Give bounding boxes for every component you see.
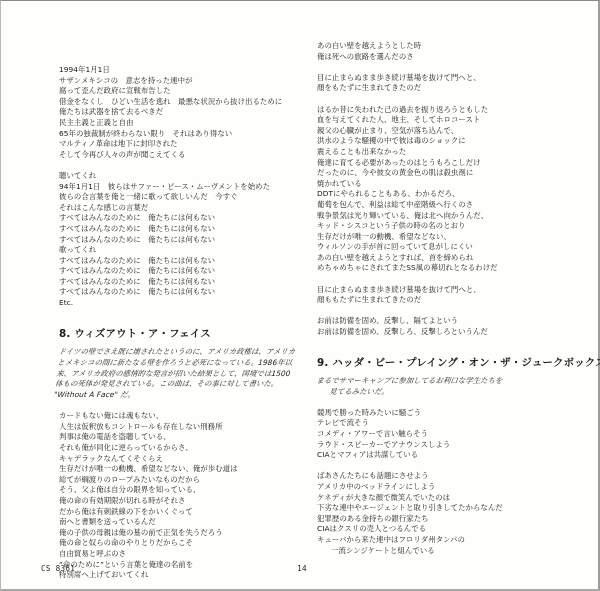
lyric-line: 生存だけが唯一の動機、希望などない、俺が歩む道は — [59, 464, 304, 475]
lyric-line: 俺達に育てる必要があったのはとうもろこしだけ — [317, 158, 587, 169]
section-gap — [317, 338, 587, 354]
lyric-line: コメディ・アワーで言い触らそう — [317, 429, 587, 440]
lyric-line: ケネディが大きな顔で微笑んでいたのは — [317, 493, 587, 504]
lyric-line: 民主主義と正義と自由 — [59, 118, 304, 129]
intro-line: 体もの死体が発見されている。この曲は、その事に対して書いた。 — [54, 379, 299, 390]
song-8-stanza-4: 目に止まらぬまま歩き続け墓場を抜けて門へと、 顔ももたずに生まれてきたのだ — [317, 285, 587, 306]
lyric-line: めちゃめちゃにされてまたSS風の幕切れとなるわけだ — [317, 263, 587, 274]
lyric-line: テレビで流そう — [317, 418, 587, 429]
song-9-intro: まるでサマーキャンプに参加してるお利口な学生たちを 見てるみたいだ。 — [315, 376, 561, 398]
lyric-line: 生存だけが唯一の動機、希望などない、 — [317, 232, 587, 243]
left-column: 1994年1月1日 サザンメキシコの 意志を持った連中が 腐って歪んだ政府に宣戦… — [59, 65, 304, 581]
lyric-line: 94年1月1日 彼らはサファー・ピース・ムーヴメントを始めた — [59, 182, 304, 193]
song-8-intro: ドイツの壁でさえ既に壊されたというのに、アメリカ政権は、アメリカ とメキシコの間… — [53, 347, 303, 401]
lyric-line: 彼らの合言葉を俺と一緒に歌って欲しいんだ 今すぐ — [59, 192, 304, 203]
lyric-line: 目に止まらぬまま歩き続け墓場を抜けて門へと、 — [317, 73, 587, 84]
stanza-gap — [317, 397, 587, 408]
stanza-gap — [59, 401, 304, 412]
lyric-line: マルティノ革命は地下に封印された — [59, 139, 304, 150]
stanza-gap — [317, 461, 587, 472]
lyric-line: 聴いてくれ — [59, 171, 304, 182]
lyric-line: DDTにやられることもある、わかるだろ、 — [317, 189, 587, 200]
lyric-line: 戦争景気は光り輝いている、俺は北へ向かうんだ、 — [317, 211, 587, 222]
song-title-8: 8. ウィズアウト・ア・フェイス — [59, 327, 304, 341]
lyric-line: 俺の命の有効期限が切れる時がそれさ — [59, 496, 304, 507]
lyric-line: CIAとマフィアは共謀している — [317, 450, 587, 461]
lyric-line: アメリカ中のベッドラインにしよう — [317, 482, 587, 493]
lyric-line: それはこんな感じの言葉だ — [59, 203, 304, 214]
lyric-line: すべてはみんなのために 俺たちには何もない — [59, 235, 304, 246]
lyric-line: 血を与えてくれた人、地主、そしてホロコースト — [317, 115, 587, 126]
lyric-line: 犯罪歴のある金持ちの銀行家たち — [317, 514, 587, 525]
right-column: あの白い壁を越えようとした時 俺は死への旅路を選んだのさ 目に止まらぬまま歩き続… — [317, 41, 587, 556]
lyric-line: ラウド・スピーカーでアナウンスしよう — [317, 440, 587, 451]
lyric-line: 俺の子供の母親は俺の墓の前で正気を失うだろう — [59, 528, 304, 539]
song-title-9: 9. ハッダ・ビー・プレイング・オン・ザ・ジュークボックス — [317, 356, 587, 370]
song-8-stanza-3: はるか昔に失われた己の過去を振り返ろうともした 血を与えてくれた人、地主、そして… — [317, 105, 587, 275]
lyric-line: 焼かれている — [317, 179, 587, 190]
lyric-line: サザンメキシコの 意志を持った連中が — [59, 76, 304, 87]
lyric-line: すべてはみんなのために 俺たちには何もない — [59, 277, 304, 288]
booklet-page: 1994年1月1日 サザンメキシコの 意志を持った連中が 腐って歪んだ政府に宣戦… — [0, 0, 600, 591]
lyric-line: CIAはクスリの売人とつるんでる — [317, 524, 587, 535]
intro-stanza: 1994年1月1日 サザンメキシコの 意志を持った連中が 腐って歪んだ政府に宣戦… — [59, 65, 304, 160]
stanza-gap — [317, 62, 587, 73]
lyric-line: すべてはみんなのために 俺たちには何もない — [59, 224, 304, 235]
lyric-line: 震えることも出来なかった — [317, 147, 587, 158]
intro-line: 来、アメリカ政府の感情的な発言が招いた結果として、国境では1500 — [56, 368, 301, 379]
song-8-lyrics: カードもない俺には魂もない、 人生は仮釈放もコントロールも存在しない刑務所 判事… — [59, 411, 304, 581]
intro-line: とメキシコの間に新たなる壁を作ろうと必死になっている。1986年以 — [57, 357, 302, 368]
lyric-line: 葡萄を包んで、利益は総て中産階級へ行くのさ — [317, 200, 587, 211]
section-gap — [59, 309, 304, 325]
lyric-line: 顔をもたずに生まれてきたのだ — [317, 83, 587, 94]
lyric-line: お前は防備を固め、反撃しろ、反撃しろというんだ — [317, 327, 587, 338]
lyric-line: 判事は俺の電話を盗聴している、 — [59, 432, 304, 443]
lyric-line: キューバから来た連中はフロリダ州タンパの — [317, 535, 587, 546]
lyric-line: はるか昔に失われた己の過去を振り返ろうともした — [317, 105, 587, 116]
lyric-line: 自由貿易と呼ぶのさ — [59, 549, 304, 560]
lyric-line: 競馬で勝った時みたいに騒ごう — [317, 408, 587, 419]
lyric-line: 一流シンジケートと組んでいる — [317, 546, 587, 557]
lyric-line: キッド・シスコという子供の時の名のとおり — [317, 221, 587, 232]
lyric-line: 俺たちは武器を捨て去るべきだ — [59, 107, 304, 118]
stanza-gap — [59, 160, 304, 171]
lyric-line: あの白い壁を越えようとした時 — [317, 41, 587, 52]
lyric-line: 俺の命と奴らの命のやりとりだからこそ — [59, 538, 304, 549]
lyric-line: そして今再び人々の声が聞こえてくる — [59, 150, 304, 161]
lyric-line: カードもない俺には魂もない、 — [59, 411, 304, 422]
song-8-stanza-1: あの白い壁を越えようとした時 俺は死への旅路を選んだのさ — [317, 41, 587, 62]
page-number: 14 — [297, 564, 307, 573]
lyric-line: お前は防備を固め、反撃し、隔てよという — [317, 316, 587, 327]
song-9-stanza-2: ばあさんたちにも話題にさせよう アメリカ中のベッドラインにしよう ケネディが大き… — [317, 471, 587, 556]
lyric-line: すべてはみんなのために 俺たちには何もない — [59, 287, 304, 298]
song-9-stanza-1: 競馬で勝った時みたいに騒ごう テレビで流そう コメディ・アワーで言い触らそう ラ… — [317, 408, 587, 461]
lyric-line: 人生は仮釈放もコントロールも存在しない刑務所 — [59, 422, 304, 433]
lyric-line: だったのに、今や彼女の黄金色の肌は殺虫剤に — [317, 168, 587, 179]
lyric-line: すべてはみんなのために 俺たちには何もない — [59, 213, 304, 224]
lyric-line: あの白い壁を越えようとすれば、首を締められ — [317, 253, 587, 264]
lyric-line: Etc. — [59, 298, 304, 309]
lyric-line: 1994年1月1日 — [59, 65, 304, 76]
lyric-line: 腐って歪んだ政府に宣戦布告した — [59, 86, 304, 97]
lyric-line: すべてはみんなのために 俺たちには何もない — [59, 266, 304, 277]
lyric-line: それも俺が同化に逆らっているからさ、 — [59, 443, 304, 454]
intro-line: 見てるみたいだ。 — [315, 386, 560, 397]
lyric-line: 歌ってくれ — [59, 245, 304, 256]
lyric-line: 65年の独裁制が終わらない限り それはあり得ない — [59, 129, 304, 140]
lyric-line: だから俺は有刺鉄線の下をかいくぐって — [59, 507, 304, 518]
stanza-gap — [317, 306, 587, 317]
catalog-number: CS 8361 — [41, 564, 75, 573]
intro-line: "Without A Face" だ。 — [53, 390, 298, 401]
lyric-line: “命のために”という言葉と俺達の名前を — [59, 560, 304, 571]
lyric-line: 目に止まらぬまま歩き続け墓場を抜けて門へと、 — [317, 285, 587, 296]
intro-line: ドイツの壁でさえ既に壊されたというのに、アメリカ政権は、アメリカ — [58, 347, 303, 358]
lyric-line: 顔ももたずに生まれてきたのだ — [317, 295, 587, 306]
lyric-line: 洪水のような騒擾の中で彼は毒のショックに — [317, 136, 587, 147]
chorus-stanza: 聴いてくれ 94年1月1日 彼らはサファー・ピース・ムーヴメントを始めた 彼らの… — [59, 171, 304, 309]
lyric-line: ばあさんたちにも話題にさせよう — [317, 471, 587, 482]
intro-line: まるでサマーキャンプに参加してるお利口な学生たちを — [316, 376, 561, 387]
lyric-line: 俺は死への旅路を選んだのさ — [317, 52, 587, 63]
lyric-line: 特別席へ上げておいてくれ — [59, 570, 304, 581]
lyric-line: キャデラックなんてくそくらえ — [59, 454, 304, 465]
lyric-line: 親父の心臓が止まり、空気が落ち込んで、 — [317, 126, 587, 137]
lyric-line: 下劣な連中やエージェントと取り引きしてたからなんだ — [317, 503, 587, 514]
lyric-line: そう、父よ俺は自分の限界を知っている、 — [59, 485, 304, 496]
stanza-gap — [317, 274, 587, 285]
lyric-line: 総てが綱渡りのロープみたいなものだから — [59, 475, 304, 486]
lyric-line: すべてはみんなのために 俺たちには何もない — [59, 256, 304, 267]
lyric-line: 南へと書類を送っているんだ — [59, 517, 304, 528]
song-8-stanza-2: 目に止まらぬまま歩き続け墓場を抜けて門へと、 顔をもたずに生まれてきたのだ — [317, 73, 587, 94]
stanza-gap — [317, 94, 587, 105]
song-8-stanza-5: お前は防備を固め、反撃し、隔てよという お前は防備を固め、反撃しろ、反撃しろとい… — [317, 316, 587, 337]
lyric-line: ウィルソンの手が首に回っていて息がしにくい — [317, 242, 587, 253]
lyric-line: 借金をなくし ひどい生活を逃れ 最悪な状況から抜け出るために — [59, 97, 304, 108]
